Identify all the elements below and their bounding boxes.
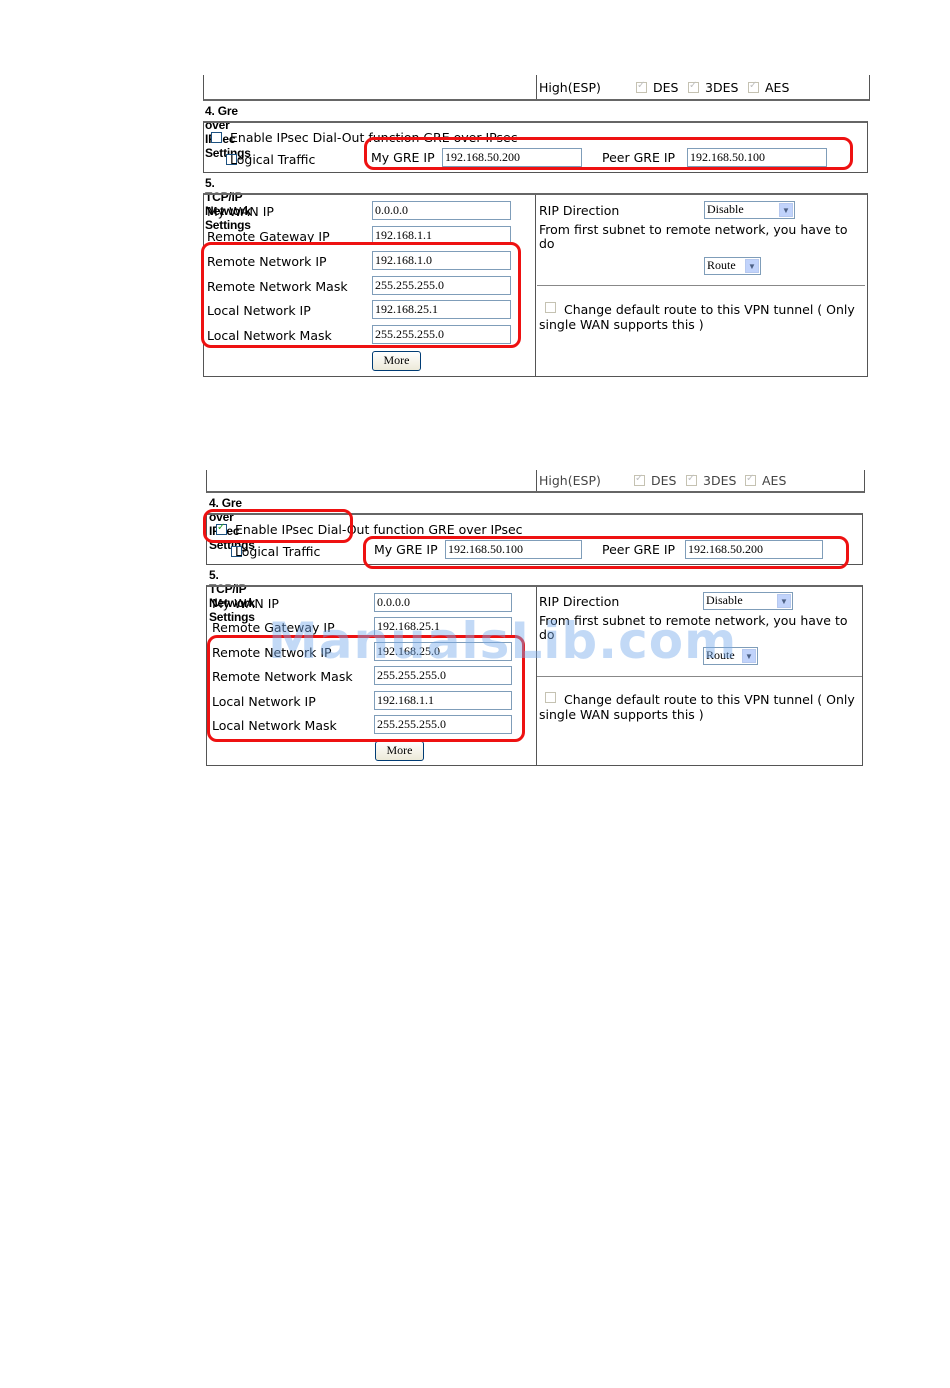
default-route-label: Change default route to this VPN tunnel …: [539, 302, 859, 332]
my-gre-ip-input[interactable]: 192.168.50.200: [442, 148, 582, 167]
remote-network-mask-input[interactable]: 255.255.255.0: [374, 666, 512, 685]
column-divider: [535, 195, 536, 377]
tcpip-settings-box: My WAN IP 0.0.0.0 Remote Gateway IP 192.…: [203, 193, 868, 377]
des-label: DES: [651, 473, 676, 488]
remote-network-mask-label: Remote Network Mask: [207, 279, 348, 294]
encryption-label: High(ESP): [539, 80, 601, 95]
encryption-row: High(ESP) DES 3DES AES: [203, 75, 870, 101]
aes-option[interactable]: AES: [745, 473, 786, 488]
remote-network-ip-input[interactable]: 192.168.1.0: [372, 251, 511, 270]
3des-checkbox[interactable]: [686, 475, 697, 486]
tcpip-settings-box: My WAN IP 0.0.0.0 Remote Gateway IP 192.…: [206, 585, 863, 766]
3des-checkbox[interactable]: [688, 82, 699, 93]
des-option[interactable]: DES: [634, 473, 676, 488]
rip-direction-label: RIP Direction: [539, 203, 619, 218]
des-checkbox[interactable]: [636, 82, 647, 93]
divider: [536, 75, 537, 99]
rip-direction-label: RIP Direction: [539, 594, 619, 609]
des-checkbox[interactable]: [634, 475, 645, 486]
chevron-down-icon[interactable]: ▼: [745, 259, 759, 273]
des-label: DES: [653, 80, 678, 95]
logical-traffic-label: Logical Traffic: [230, 152, 315, 167]
encryption-label: High(ESP): [539, 473, 601, 488]
divider: [537, 285, 865, 286]
my-wan-ip-label: My WAN IP: [207, 204, 274, 219]
chevron-down-icon[interactable]: ▼: [777, 594, 791, 608]
enable-gre-label: Enable IPsec Dial-Out function GRE over …: [230, 130, 518, 145]
local-network-mask-input[interactable]: 255.255.255.0: [372, 325, 511, 344]
more-button[interactable]: More: [375, 741, 424, 761]
route-select[interactable]: Route ▼: [704, 257, 761, 275]
local-network-mask-label: Local Network Mask: [207, 328, 332, 343]
local-network-mask-label: Local Network Mask: [212, 718, 337, 733]
route-select[interactable]: Route ▼: [703, 647, 758, 665]
3des-label: 3DES: [705, 80, 738, 95]
my-wan-ip-label: My WAN IP: [212, 596, 279, 611]
aes-option[interactable]: AES: [748, 80, 789, 95]
chevron-down-icon[interactable]: ▼: [742, 649, 756, 663]
my-wan-ip-input[interactable]: 0.0.0.0: [372, 201, 511, 220]
3des-option[interactable]: 3DES: [688, 80, 738, 95]
3des-option[interactable]: 3DES: [686, 473, 736, 488]
aes-label: AES: [765, 80, 789, 95]
divider: [537, 676, 862, 677]
aes-checkbox[interactable]: [748, 82, 759, 93]
aes-checkbox[interactable]: [745, 475, 756, 486]
divider: [536, 470, 537, 491]
encryption-row: High(ESP) DES 3DES AES: [206, 470, 865, 493]
remote-network-mask-label: Remote Network Mask: [212, 669, 353, 684]
peer-gre-ip-label: Peer GRE IP: [602, 150, 675, 165]
remote-network-ip-label: Remote Network IP: [207, 254, 327, 269]
3des-label: 3DES: [703, 473, 736, 488]
my-gre-ip-label: My GRE IP: [374, 542, 438, 557]
rip-direction-value: Disable: [706, 593, 743, 607]
my-gre-ip-input[interactable]: 192.168.50.100: [445, 540, 582, 559]
remote-gateway-ip-input[interactable]: 192.168.1.1: [372, 226, 511, 245]
aes-label: AES: [762, 473, 786, 488]
peer-gre-ip-label: Peer GRE IP: [602, 542, 675, 557]
enable-gre-checkbox[interactable]: [216, 524, 227, 535]
peer-gre-ip-input[interactable]: 192.168.50.200: [685, 540, 823, 559]
route-value: Route: [706, 648, 735, 662]
rip-direction-select[interactable]: Disable ▼: [704, 201, 795, 219]
logical-traffic-label: Logical Traffic: [235, 544, 320, 559]
route-value: Route: [707, 258, 736, 272]
local-network-ip-label: Local Network IP: [212, 694, 316, 709]
more-button[interactable]: More: [372, 351, 421, 371]
peer-gre-ip-input[interactable]: 192.168.50.100: [687, 148, 827, 167]
local-network-mask-input[interactable]: 255.255.255.0: [374, 715, 512, 734]
remote-network-mask-input[interactable]: 255.255.255.0: [372, 276, 511, 295]
remote-network-ip-label: Remote Network IP: [212, 645, 332, 660]
enable-gre-label: Enable IPsec Dial-Out function GRE over …: [235, 522, 523, 537]
rip-direction-select[interactable]: Disable ▼: [703, 592, 793, 610]
remote-gateway-ip-label: Remote Gateway IP: [212, 620, 335, 635]
remote-gateway-ip-input[interactable]: 192.168.25.1: [374, 617, 512, 636]
remote-gateway-ip-label: Remote Gateway IP: [207, 229, 330, 244]
enable-gre-checkbox[interactable]: [211, 132, 222, 143]
default-route-label: Change default route to this VPN tunnel …: [539, 692, 859, 722]
chevron-down-icon[interactable]: ▼: [779, 203, 793, 217]
my-gre-ip-label: My GRE IP: [371, 150, 435, 165]
local-network-ip-input[interactable]: 192.168.25.1: [372, 300, 511, 319]
gre-settings-box: Enable IPsec Dial-Out function GRE over …: [203, 121, 868, 173]
local-network-ip-label: Local Network IP: [207, 303, 311, 318]
des-option[interactable]: DES: [636, 80, 678, 95]
route-description: From first subnet to remote network, you…: [539, 223, 859, 251]
my-wan-ip-input[interactable]: 0.0.0.0: [374, 593, 512, 612]
local-network-ip-input[interactable]: 192.168.1.1: [374, 691, 512, 710]
route-description: From first subnet to remote network, you…: [539, 614, 859, 642]
rip-direction-value: Disable: [707, 202, 744, 216]
gre-settings-box: Enable IPsec Dial-Out function GRE over …: [206, 513, 863, 565]
remote-network-ip-input[interactable]: 192.168.25.0: [374, 642, 512, 661]
